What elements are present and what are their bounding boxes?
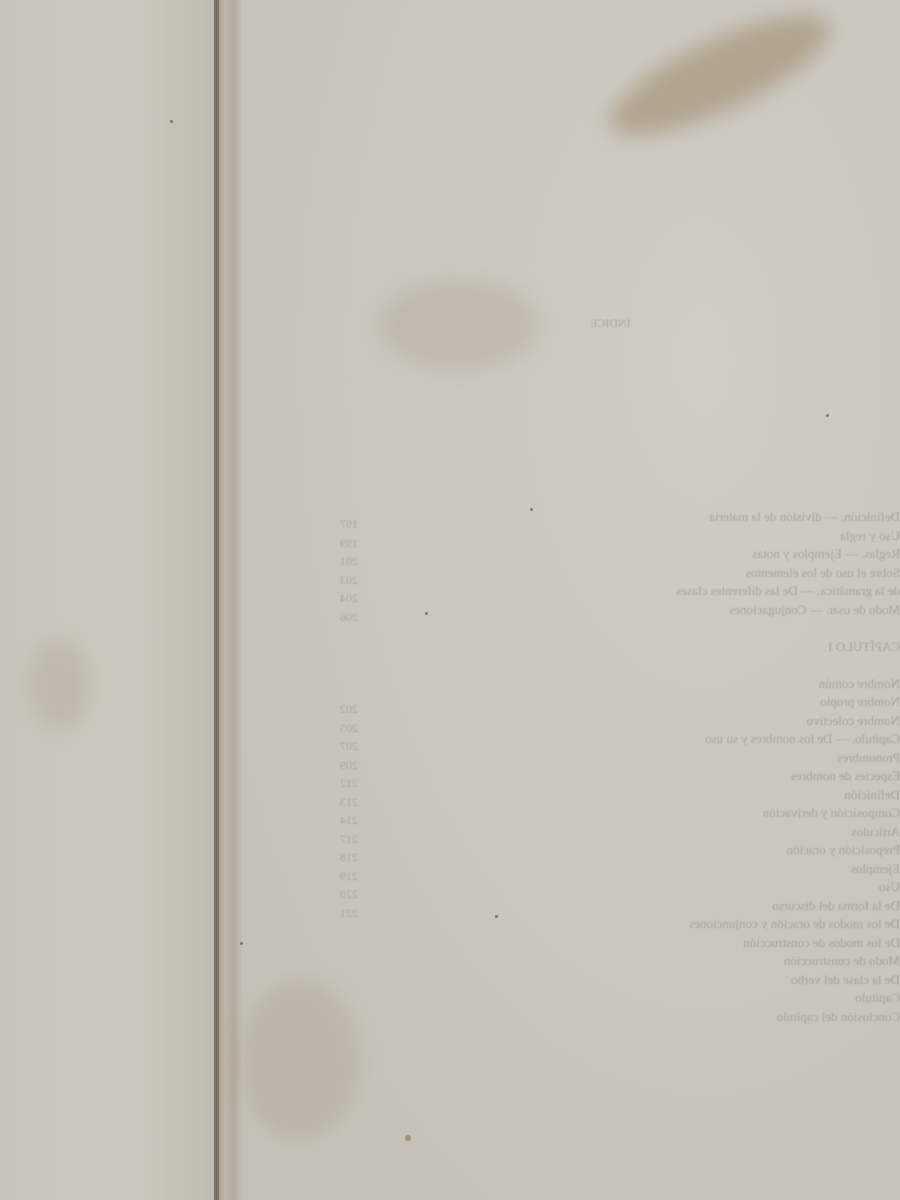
paper-speck bbox=[425, 612, 428, 615]
showthrough-line: Reglas. — Ejemplos y notas bbox=[520, 545, 900, 564]
page-number: 220 bbox=[340, 885, 358, 904]
showthrough-line: Artículos bbox=[520, 823, 900, 842]
foxing-stain bbox=[380, 280, 540, 370]
page-number: 204 bbox=[340, 589, 358, 608]
showthrough-line: Definición bbox=[520, 786, 900, 805]
showthrough-line bbox=[520, 656, 900, 675]
showthrough-line: Uso bbox=[520, 878, 900, 897]
page-number: 202 bbox=[340, 700, 358, 719]
showthrough-text: Definición, — división de la materia Uso… bbox=[520, 508, 900, 1026]
page-number: 197 bbox=[340, 515, 358, 534]
showthrough-line: Conclusión del capítulo bbox=[520, 1008, 900, 1027]
page-number: 205 bbox=[340, 719, 358, 738]
showthrough-line: Definición, — división de la materia bbox=[520, 508, 900, 527]
paper-speck bbox=[530, 508, 533, 511]
showthrough-header: ÍNDICE bbox=[590, 316, 631, 331]
showthrough-line: Preposición y oración bbox=[520, 841, 900, 860]
foxing-stain bbox=[30, 640, 90, 730]
showthrough-line bbox=[520, 619, 900, 638]
showthrough-line: Especies de nombres bbox=[520, 767, 900, 786]
page-number: 201 bbox=[340, 552, 358, 571]
showthrough-line: Modo de construcción bbox=[520, 952, 900, 971]
showthrough-line: Nombre colectivo bbox=[520, 712, 900, 731]
page-number: 219 bbox=[340, 867, 358, 886]
showthrough-line: De la forma del discurso bbox=[520, 897, 900, 916]
showthrough-line: Composición y derivación bbox=[520, 804, 900, 823]
page-number: 209 bbox=[340, 756, 358, 775]
page-number: 206 bbox=[340, 608, 358, 627]
showthrough-page-numbers: 197 199 201 203 204 206 202 205 207 209 … bbox=[340, 515, 358, 922]
paper-speck bbox=[405, 1135, 411, 1141]
showthrough-line: de la gramática. — De las diferentes cla… bbox=[520, 582, 900, 601]
showthrough-line: Uso y regla bbox=[520, 527, 900, 546]
paper-speck bbox=[495, 915, 498, 918]
showthrough-line: De los modos de oración y conjunciones bbox=[520, 915, 900, 934]
gutter-crease bbox=[216, 0, 219, 1200]
page-number bbox=[340, 682, 358, 701]
showthrough-line: CAPÍTULO I bbox=[520, 638, 900, 657]
page-number: 217 bbox=[340, 830, 358, 849]
foxing-stain bbox=[240, 980, 360, 1140]
paper-speck bbox=[240, 942, 243, 945]
showthrough-line: Modo de usar. — Conjugaciones bbox=[520, 601, 900, 620]
page-number: 199 bbox=[340, 534, 358, 553]
page-number: 203 bbox=[340, 571, 358, 590]
showthrough-line: Capítulo. — De los nombres y su uso bbox=[520, 730, 900, 749]
showthrough-line: Pronombres bbox=[520, 749, 900, 768]
showthrough-line: De los modos de construcción bbox=[520, 934, 900, 953]
page-number: 218 bbox=[340, 848, 358, 867]
page-number: 221 bbox=[340, 904, 358, 923]
showthrough-line: Capítulo bbox=[520, 989, 900, 1008]
page-number bbox=[340, 663, 358, 682]
paper-speck bbox=[170, 120, 173, 123]
showthrough-line: Sobre el uso de los elementos bbox=[520, 564, 900, 583]
page-number: 213 bbox=[340, 793, 358, 812]
page-number: 214 bbox=[340, 811, 358, 830]
showthrough-line: De la clase del verbo bbox=[520, 971, 900, 990]
showthrough-line: Ejemplos bbox=[520, 860, 900, 879]
page-number bbox=[340, 626, 358, 645]
page-number: 212 bbox=[340, 774, 358, 793]
page-number: 207 bbox=[340, 737, 358, 756]
showthrough-line: Nombre propio bbox=[520, 693, 900, 712]
page-number bbox=[340, 645, 358, 664]
showthrough-line: Nombre común bbox=[520, 675, 900, 694]
paper-speck bbox=[826, 414, 829, 417]
left-page bbox=[0, 0, 218, 1200]
